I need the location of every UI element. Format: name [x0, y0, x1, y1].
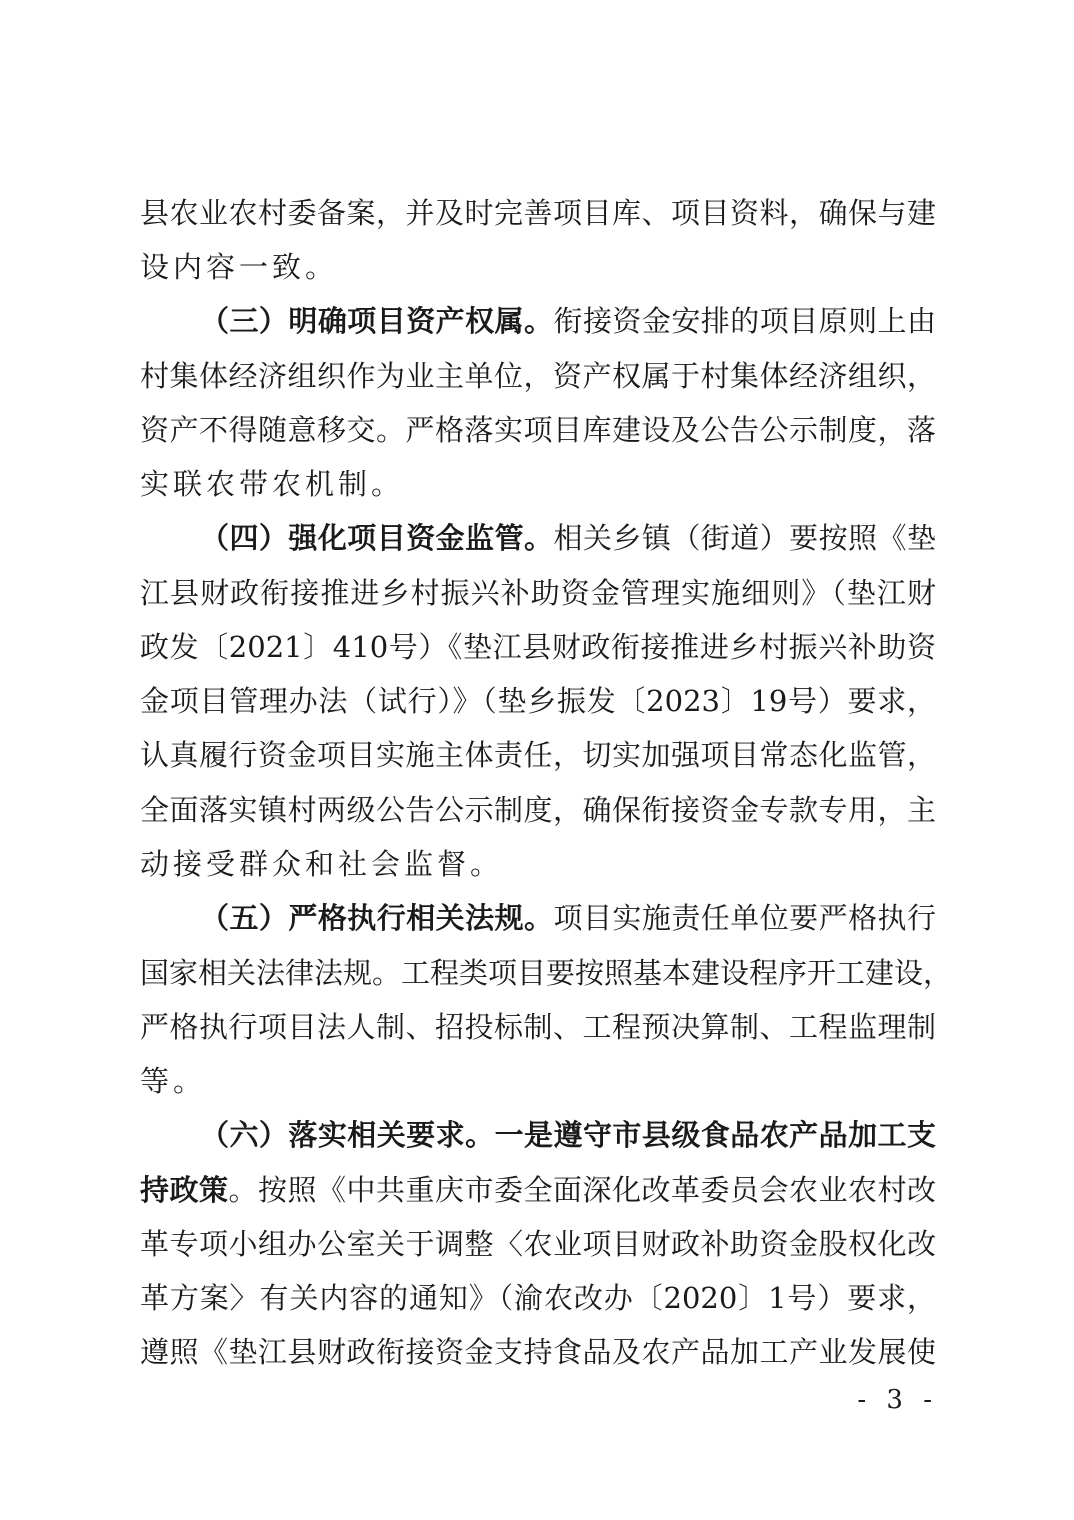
page-number: - 3 - [857, 1385, 938, 1415]
text-line: 实联农带农机制。 [140, 464, 936, 504]
section-6-first-line: （六）落实相关要求。一是遵守市县级食品农产品加工支 [200, 1115, 936, 1155]
text-run: 相关乡镇（街道）要按照《垫 [554, 521, 937, 555]
text-line: 全面落实镇村两级公告公示制度，确保衔接资金专款专用，主 [140, 790, 936, 830]
text-run: 衔接资金安排的项目原则上由 [554, 304, 937, 338]
text-line: 金项目管理办法（试行）》（垫乡振发〔2023〕19号）要求， [140, 681, 936, 721]
section-3-first-line: （三）明确项目资产权属。衔接资金安排的项目原则上由 [200, 301, 936, 341]
text-line: 国家相关法律法规。工程类项目要按照基本建设程序开工建设， [140, 953, 936, 993]
section-heading-3: （三）明确项目资产权属。 [200, 304, 554, 338]
text-run: 项目实施责任单位要严格执行 [554, 901, 937, 935]
text-line: 县农业农村委备案，并及时完善项目库、项目资料，确保与建 [140, 193, 936, 233]
emphasis-run: 一是遵守市县级食品农产品加工支 [495, 1118, 936, 1152]
text-line: 革方案〉有关内容的通知》（渝农改办〔2020〕1号）要求， [140, 1278, 936, 1318]
text-line: 设内容一致。 [140, 247, 936, 287]
section-heading-6: （六）落实相关要求。 [200, 1118, 495, 1152]
section-6-second-line: 持政策。按照《中共重庆市委全面深化改革委员会农业农村改 [140, 1170, 936, 1210]
section-5-first-line: （五）严格执行相关法规。项目实施责任单位要严格执行 [200, 898, 936, 938]
text-run: 。按照《中共重庆市委全面深化改革委员会农业农村改 [229, 1173, 936, 1207]
text-line: 动接受群众和社会监督。 [140, 844, 936, 884]
text-line: 江县财政衔接推进乡村振兴补助资金管理实施细则》（垫江财 [140, 573, 936, 613]
section-heading-4: （四）强化项目资金监管。 [200, 521, 554, 555]
text-line: 等。 [140, 1061, 936, 1101]
text-line: 资产不得随意移交。严格落实项目库建设及公告公示制度，落 [140, 410, 936, 450]
text-line: 政发〔2021〕410号）《垫江县财政衔接推进乡村振兴补助资 [140, 627, 936, 667]
section-heading-5: （五）严格执行相关法规。 [200, 901, 554, 935]
emphasis-run: 持政策 [140, 1173, 229, 1207]
text-line: 遵照《垫江县财政衔接资金支持食品及农产品加工产业发展使 [140, 1332, 936, 1372]
text-line: 革专项小组办公室关于调整〈农业项目财政补助资金股权化改 [140, 1224, 936, 1264]
text-line: 村集体经济组织作为业主单位，资产权属于村集体经济组织， [140, 356, 936, 396]
section-4-first-line: （四）强化项目资金监管。相关乡镇（街道）要按照《垫 [200, 518, 936, 558]
text-line: 认真履行资金项目实施主体责任，切实加强项目常态化监管， [140, 735, 936, 775]
text-line: 严格执行项目法人制、招投标制、工程预决算制、工程监理制 [140, 1007, 936, 1047]
